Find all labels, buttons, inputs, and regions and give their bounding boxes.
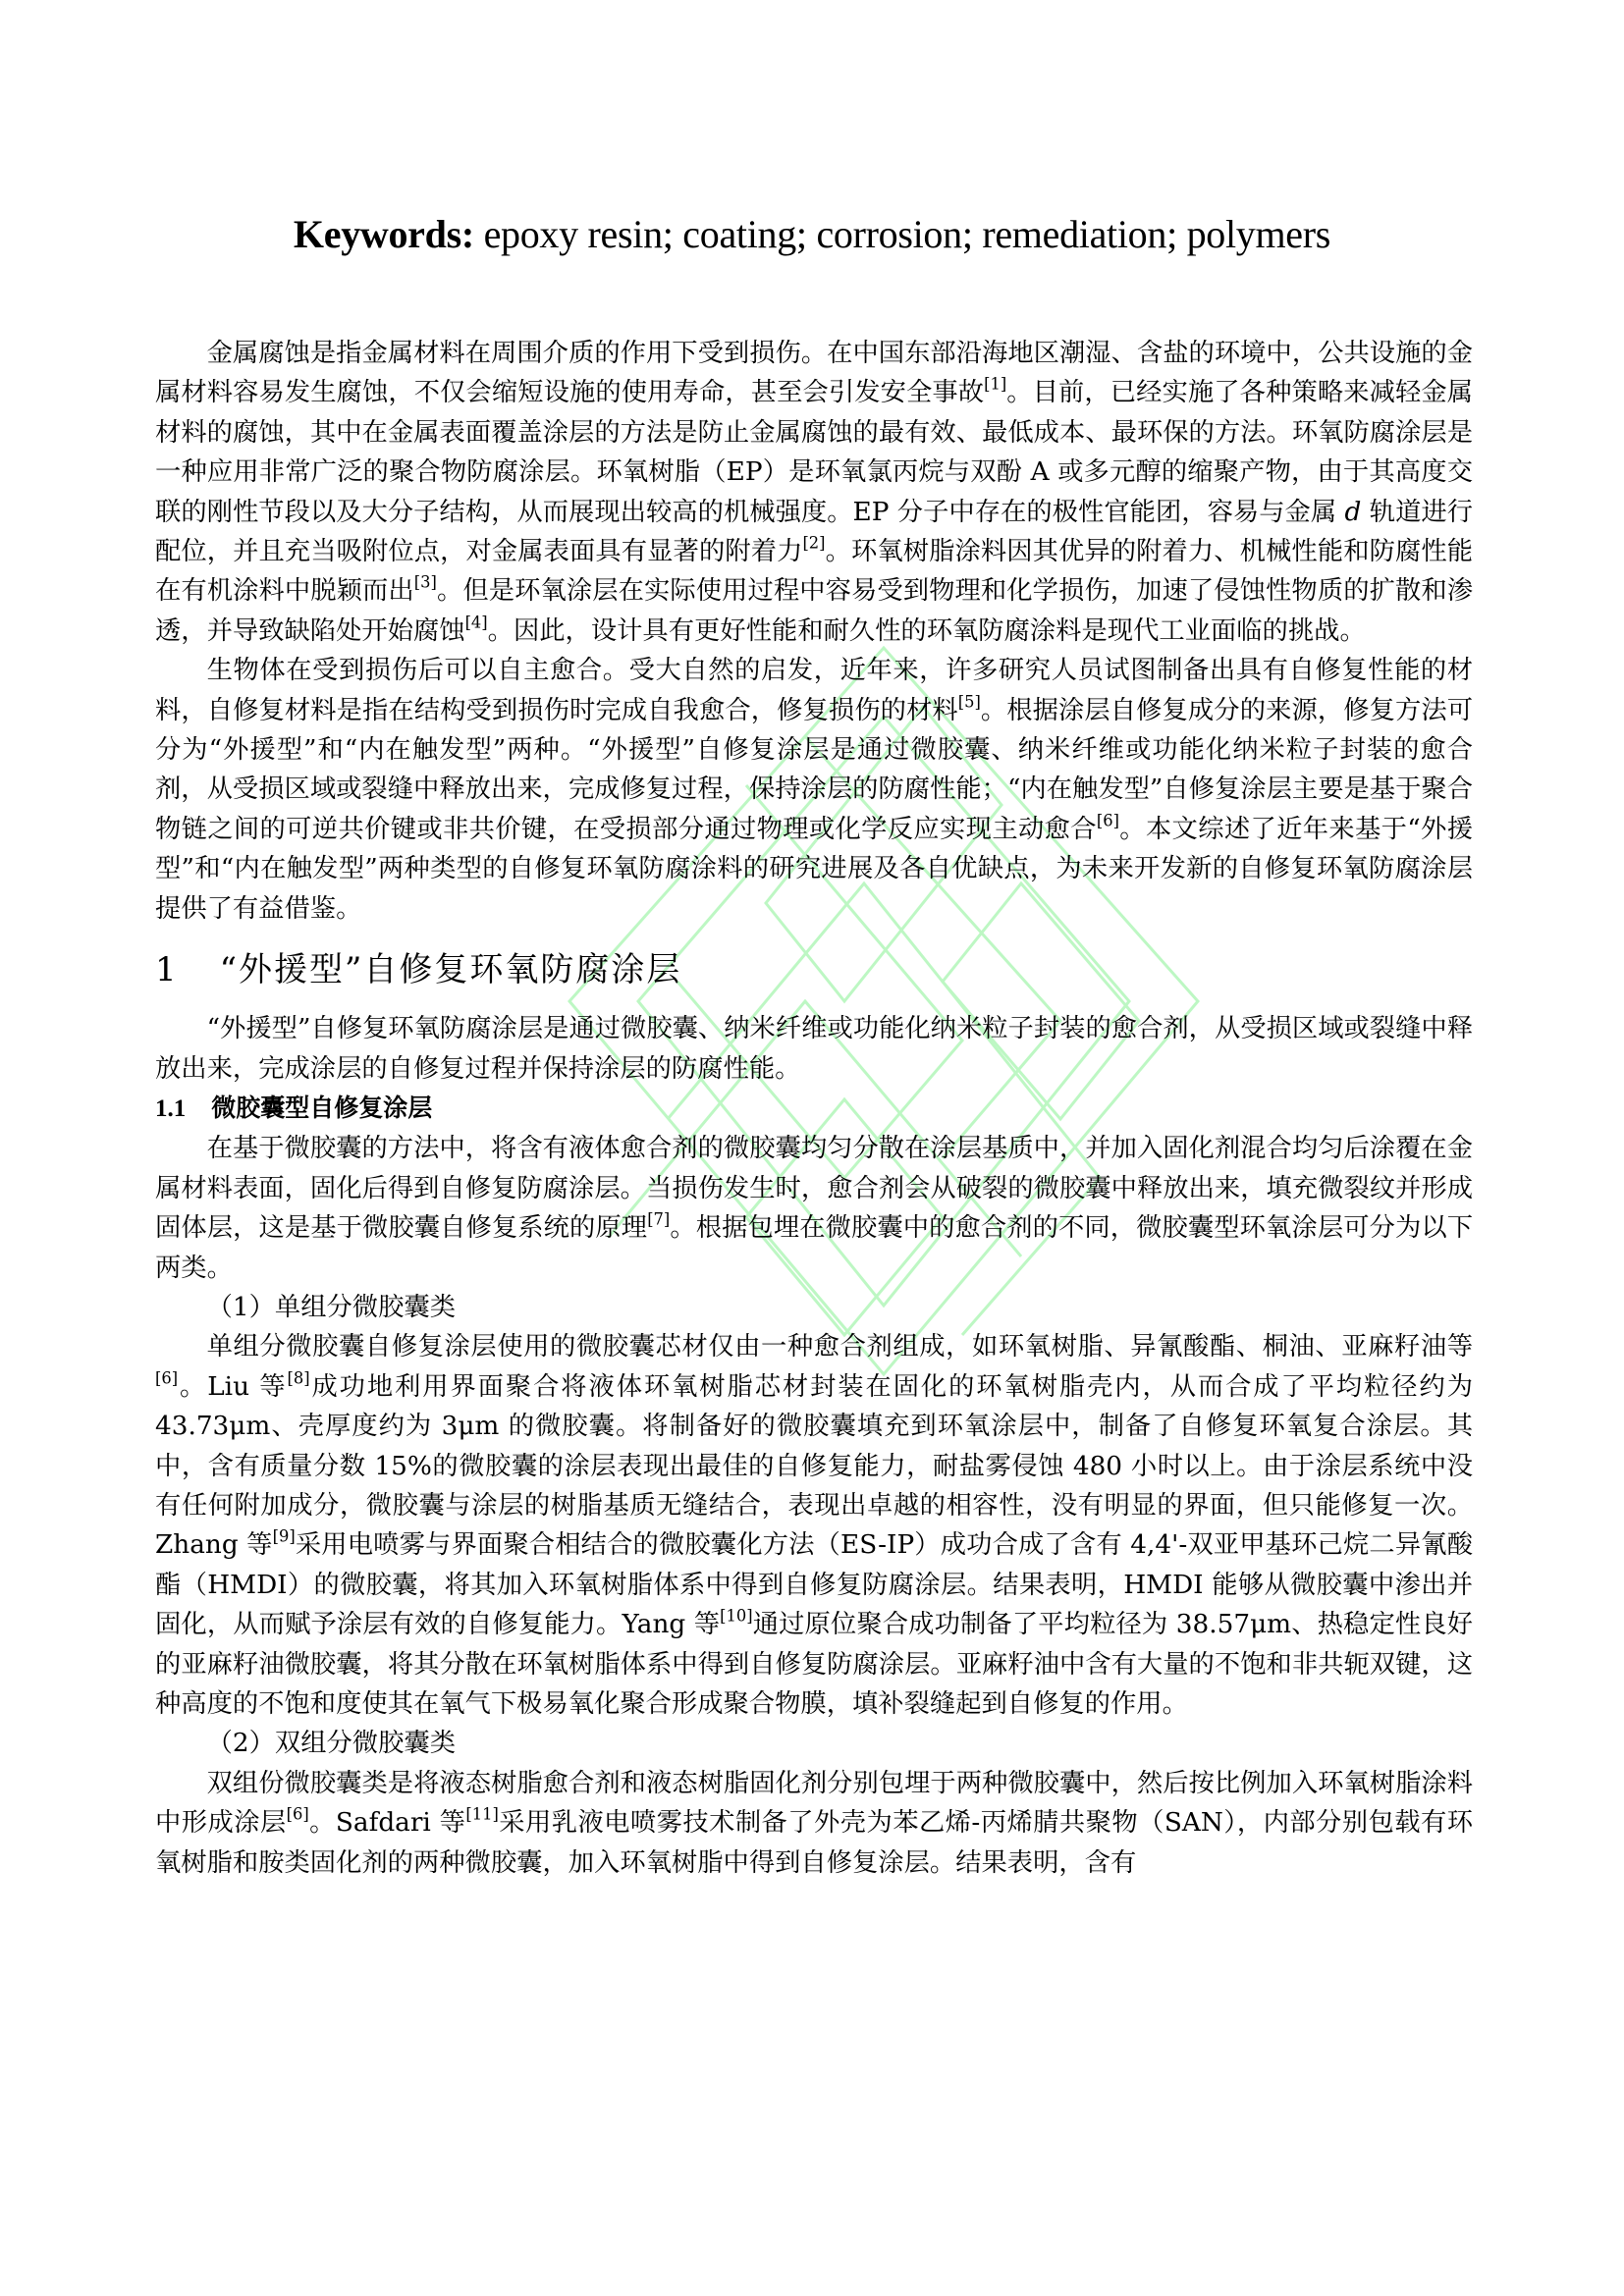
citation-9: [9]	[273, 1527, 296, 1546]
italic-d: d	[1345, 498, 1362, 527]
citation-2: [2]	[802, 534, 825, 553]
citation-6: [6]	[155, 1368, 178, 1387]
section-title: “外援型”自修复环氧防腐涂层	[220, 950, 682, 989]
citation-6: [6]	[287, 1805, 309, 1824]
citation-1: [1]	[984, 375, 1006, 394]
citation-3: [3]	[414, 573, 437, 592]
citation-7: [7]	[647, 1210, 670, 1229]
paragraph-extrinsic: “外援型”自修复环氧防腐涂层是通过微胶囊、纳米纤维或功能化纳米粒子封装的愈合剂，…	[155, 1009, 1473, 1089]
subsection-title: 微胶囊型自修复涂层	[211, 1094, 432, 1122]
keywords-label: Keywords:	[294, 212, 474, 256]
citation-8: [8]	[287, 1368, 309, 1387]
citation-10: [10]	[720, 1607, 752, 1626]
keywords-line: Keywords: epoxy resin; coating; corrosio…	[0, 211, 1624, 257]
citation-4: [4]	[465, 613, 488, 631]
paragraph-self-healing-intro: 生物体在受到损伤后可以自主愈合。受大自然的启发，近年来，许多研究人员试图制备出具…	[155, 651, 1473, 929]
paragraph-dual-component: 双组份微胶囊类是将液态树脂愈合剂和液态树脂固化剂分别包埋于两种微胶囊中，然后按比…	[155, 1764, 1473, 1883]
text-run: 。因此，设计具有更好性能和耐久性的环氧防腐涂料是现代工业面临的挑战。	[488, 616, 1366, 646]
citation-5: [5]	[958, 692, 981, 711]
paragraph-microcapsule-method: 在基于微胶囊的方法中，将含有液体愈合剂的微胶囊均匀分散在涂层基质中，并加入固化剂…	[155, 1129, 1473, 1288]
section-heading-1: 1“外援型”自修复环氧防腐涂层	[155, 934, 1473, 1005]
text-run: 。Liu 等	[178, 1372, 287, 1402]
citation-6: [6]	[1097, 811, 1119, 829]
body-text: 金属腐蚀是指金属材料在周围介质的作用下受到损伤。在中国东部沿海地区潮湿、含盐的环…	[155, 334, 1473, 1883]
subheading-dual-component: （2）双组分微胶囊类	[155, 1724, 1473, 1763]
section-heading-1-1: 1.1微胶囊型自修复涂层	[155, 1089, 1473, 1129]
subsection-number: 1.1	[155, 1095, 186, 1122]
keywords-text: epoxy resin; coating; corrosion; remedia…	[474, 212, 1330, 256]
subheading-single-component: （1）单组分微胶囊类	[155, 1288, 1473, 1327]
paragraph-single-component: 单组分微胶囊自修复涂层使用的微胶囊芯材仅由一种愈合剂组成，如环氧树脂、异氰酸酯、…	[155, 1327, 1473, 1724]
text-run: 。Safdari 等	[309, 1808, 466, 1838]
text-run: 单组分微胶囊自修复涂层使用的微胶囊芯材仅由一种愈合剂组成，如环氧树脂、异氰酸酯、…	[207, 1332, 1473, 1362]
citation-11: [11]	[465, 1805, 498, 1824]
section-number: 1	[155, 950, 179, 989]
paragraph-intro-corrosion: 金属腐蚀是指金属材料在周围介质的作用下受到损伤。在中国东部沿海地区潮湿、含盐的环…	[155, 334, 1473, 651]
